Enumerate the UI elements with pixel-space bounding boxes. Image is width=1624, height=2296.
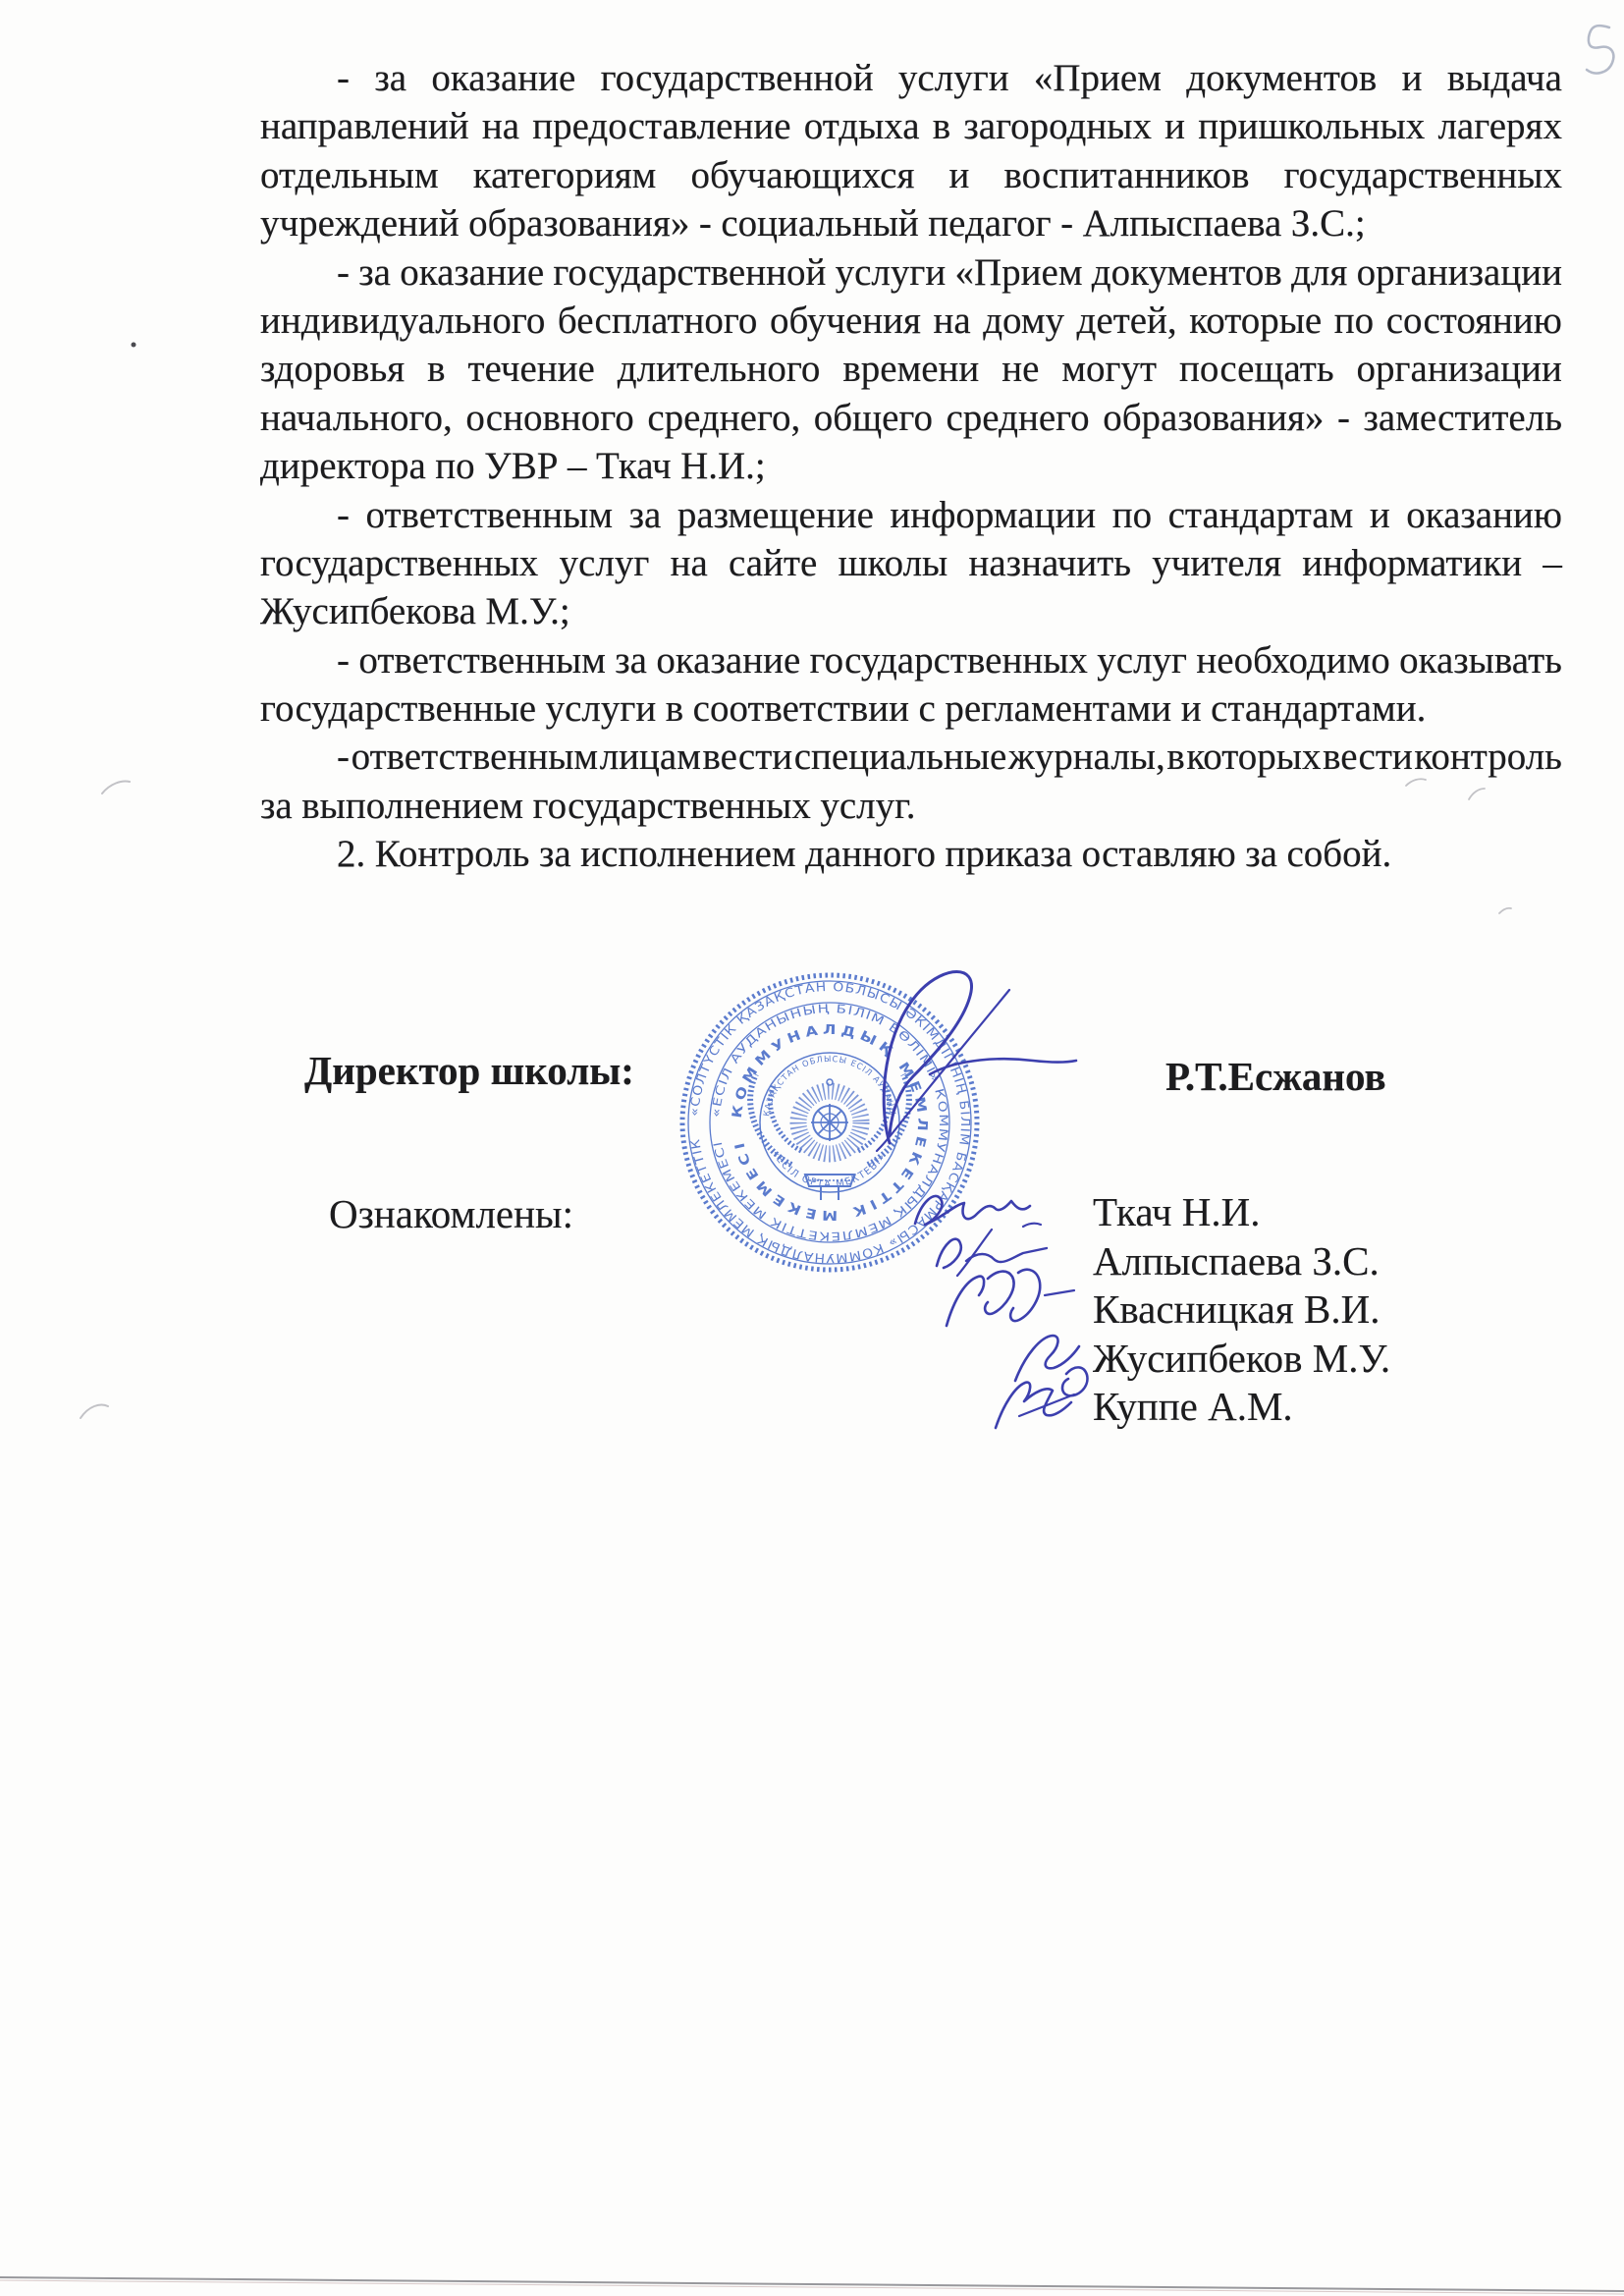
acknowledged-name: Алпыспаева З.С. xyxy=(1093,1237,1390,1286)
text-line: 2.Контрользаисполнениемданногоприказаост… xyxy=(260,832,1562,880)
director-label: Директор школы: xyxy=(304,1047,634,1094)
kazakhstan-coat-of-arms-icon xyxy=(750,1074,909,1200)
text-line: -заоказаниегосударственнойуслуги«Приемдо… xyxy=(260,250,1562,299)
acknowledged-names-list: Ткач Н.И.Алпыспаева З.С.Квасницкая В.И.Ж… xyxy=(1093,1188,1390,1432)
stamp-top-arc-text: ҚАЗАҚСТАН ОБЛЫСЫ ЕСІЛ АУДАНЫ xyxy=(762,1055,896,1118)
order-text: -заоказаниегосударственнойуслуги«Приемдо… xyxy=(260,56,1562,881)
stamp-outer-ring-text: «СОЛТҮСТІК ҚАЗАҚСТАН ОБЛЫСЫ ӘКІМДІГІНІҢ … xyxy=(686,979,973,1266)
svg-text:«ЕСІЛ ОРТА МЕКТЕБІ»: «ЕСІЛ ОРТА МЕКТЕБІ» xyxy=(770,1149,889,1190)
text-line: индивидуальногобесплатногообучениянадому… xyxy=(260,299,1562,347)
text-line: -ответственнымзаразмещениеинформациипост… xyxy=(260,493,1562,541)
stamp-bottom-arc-text: «ЕСІЛ ОРТА МЕКТЕБІ» xyxy=(770,1149,889,1190)
scanned-order-page: -заоказаниегосударственнойуслуги«Приемдо… xyxy=(0,0,1624,2296)
acknowledged-name: Жусипбеков М.У. xyxy=(1093,1335,1390,1384)
text-line: -ответственнымзаоказаниегосударственныху… xyxy=(260,638,1562,686)
svg-text:ҚАЗАҚСТАН ОБЛЫСЫ ЕСІЛ АУДАНЫ: ҚАЗАҚСТАН ОБЛЫСЫ ЕСІЛ АУДАНЫ xyxy=(762,1055,896,1118)
stamp-inner-ring-text: КОММУНАЛДЫҚ МЕМЛЕКЕТТІК МЕКЕМЕСІ xyxy=(730,1022,931,1223)
text-line: учрежденийобразования»-социальныйпедагог… xyxy=(260,201,1562,249)
text-line: здоровьявтечениедлительноговременинемогу… xyxy=(260,347,1562,395)
text-line: -ответственнымлицамвестиспециальныежурна… xyxy=(260,735,1562,783)
ink-dot-artifact xyxy=(132,343,136,348)
text-line: государственныхуслугнасайтешколыназначит… xyxy=(260,541,1562,589)
page-number-annotation xyxy=(1587,26,1613,73)
text-line: направленийнапредоставлениеотдыхавзагоро… xyxy=(260,104,1562,152)
official-stamp-icon: «СОЛТҮСТІК ҚАЗАҚСТАН ОБЛЫСЫ ӘКІМДІГІНІҢ … xyxy=(682,975,977,1270)
svg-text:«ЕСІЛ АУДАНЫНЫҢ БІЛІМ БӨЛІМІ»: «ЕСІЛ АУДАНЫНЫҢ БІЛІМ БӨЛІМІ» КОММУНАЛДЫ… xyxy=(709,1002,950,1243)
acknowledged-name: Куппе А.М. xyxy=(1093,1383,1390,1432)
scanner-edge-line xyxy=(0,2277,1624,2291)
text-line: государственныеуслугивсоответствиисрегла… xyxy=(260,686,1562,735)
stamp-middle-ring-text: «ЕСІЛ АУДАНЫНЫҢ БІЛІМ БӨЛІМІ» КОММУНАЛДЫ… xyxy=(709,1002,950,1243)
svg-text:«СОЛТҮСТІК ҚАЗАҚСТАН ОБЛЫСЫ ӘК: «СОЛТҮСТІК ҚАЗАҚСТАН ОБЛЫСЫ ӘКІМДІГІНІҢ … xyxy=(686,979,973,1266)
acknowledged-name: Квасницкая В.И. xyxy=(1093,1285,1390,1335)
acknowledged-signatures xyxy=(915,1196,1087,1428)
acknowledged-label: Ознакомлены: xyxy=(329,1190,573,1237)
acknowledged-name: Ткач Н.И. xyxy=(1093,1188,1390,1237)
svg-text:КОММУНАЛДЫҚ МЕМЛЕКЕТТІК МЕКЕМЕ: КОММУНАЛДЫҚ МЕМЛЕКЕТТІК МЕКЕМЕСІ xyxy=(730,1022,931,1223)
text-line: начального,основногосреднего,общегосредн… xyxy=(260,396,1562,444)
text-line: завыполнениемгосударственныхуслуг. xyxy=(260,784,1562,832)
text-line: ЖусипбековаМ.У.; xyxy=(260,589,1562,637)
text-line: -заоказаниегосударственнойуслуги«Приемдо… xyxy=(260,56,1562,104)
director-signature xyxy=(877,972,1076,1152)
director-name: Р.Т.Есжанов xyxy=(1165,1053,1386,1100)
text-line: директорапоУВР–ТкачН.И.; xyxy=(260,444,1562,492)
text-line: отдельнымкатегориямобучающихсяивоспитанн… xyxy=(260,153,1562,201)
